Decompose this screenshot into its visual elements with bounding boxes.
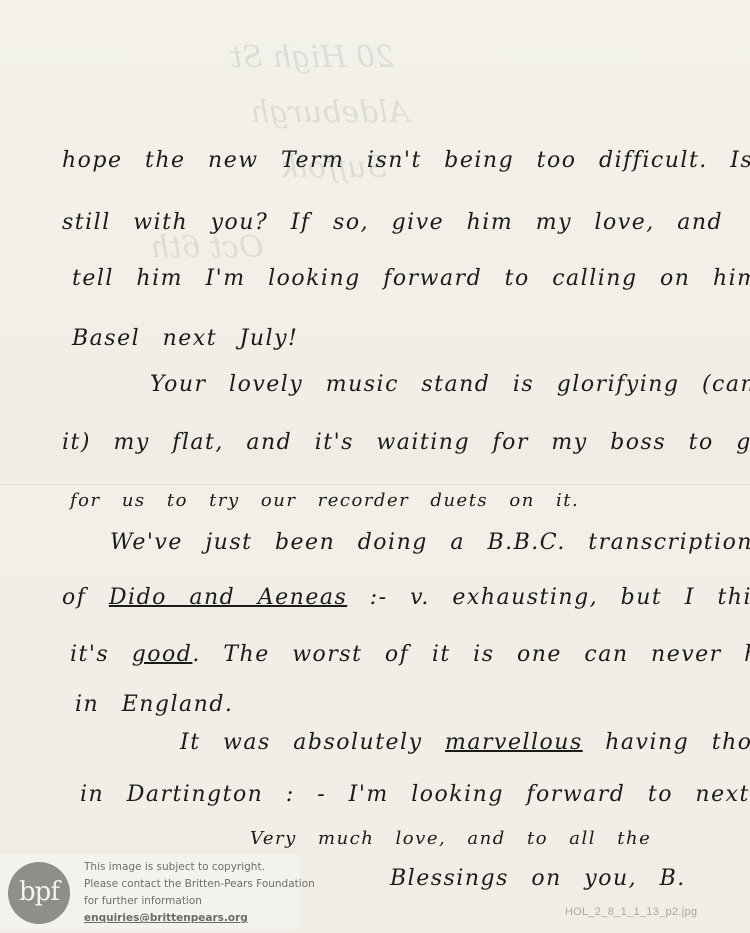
contact-email-link[interactable]: enquiries@brittenpears.org bbox=[84, 912, 248, 924]
letter-line: It was absolutely marvellous having thos… bbox=[180, 730, 750, 755]
letter-line: in Dartington : - I'm looking forward to… bbox=[80, 782, 750, 807]
letter-line: of Dido and Aeneas :- v. exhausting, but… bbox=[62, 585, 750, 610]
copyright-notice-line-1: This image is subject to copyright. bbox=[84, 861, 265, 873]
letter-line: in England. bbox=[75, 692, 233, 717]
show-through-date: Oct 6th bbox=[150, 230, 263, 265]
copyright-notice-line-2: Please contact the Britten-Pears Foundat… bbox=[84, 878, 315, 890]
letter-line: it) my flat, and it's waiting for my bos… bbox=[62, 430, 750, 455]
letter-line: still with you? If so, give him my love,… bbox=[62, 210, 723, 235]
bpf-logo: bpf bbox=[8, 862, 70, 924]
letter-line: Basel next July! bbox=[72, 326, 298, 351]
copyright-notice-line-3: for further information bbox=[84, 895, 202, 907]
letter-line: it's good. The worst of it is one can ne… bbox=[70, 642, 750, 667]
letter-line: for us to try our recorder duets on it. bbox=[70, 490, 579, 511]
letter-line: We've just been doing a B.B.C. transcrip… bbox=[110, 530, 750, 555]
letter-line: hope the new Term isn't being too diffic… bbox=[62, 148, 750, 173]
show-through-town: Aldeburgh bbox=[250, 95, 410, 130]
paper-fold-crease bbox=[0, 484, 750, 486]
letter-line: Very much love, and to all the bbox=[250, 828, 651, 849]
letter-line: tell him I'm looking forward to calling … bbox=[72, 266, 750, 291]
letter-signoff: Blessings on you, B. bbox=[390, 866, 686, 891]
show-through-address: 20 High St bbox=[230, 40, 394, 75]
file-label: HOL_2_8_1_1_13_p2.jpg bbox=[565, 906, 697, 918]
letter-line: Your lovely music stand is glorifying (c… bbox=[150, 372, 750, 397]
